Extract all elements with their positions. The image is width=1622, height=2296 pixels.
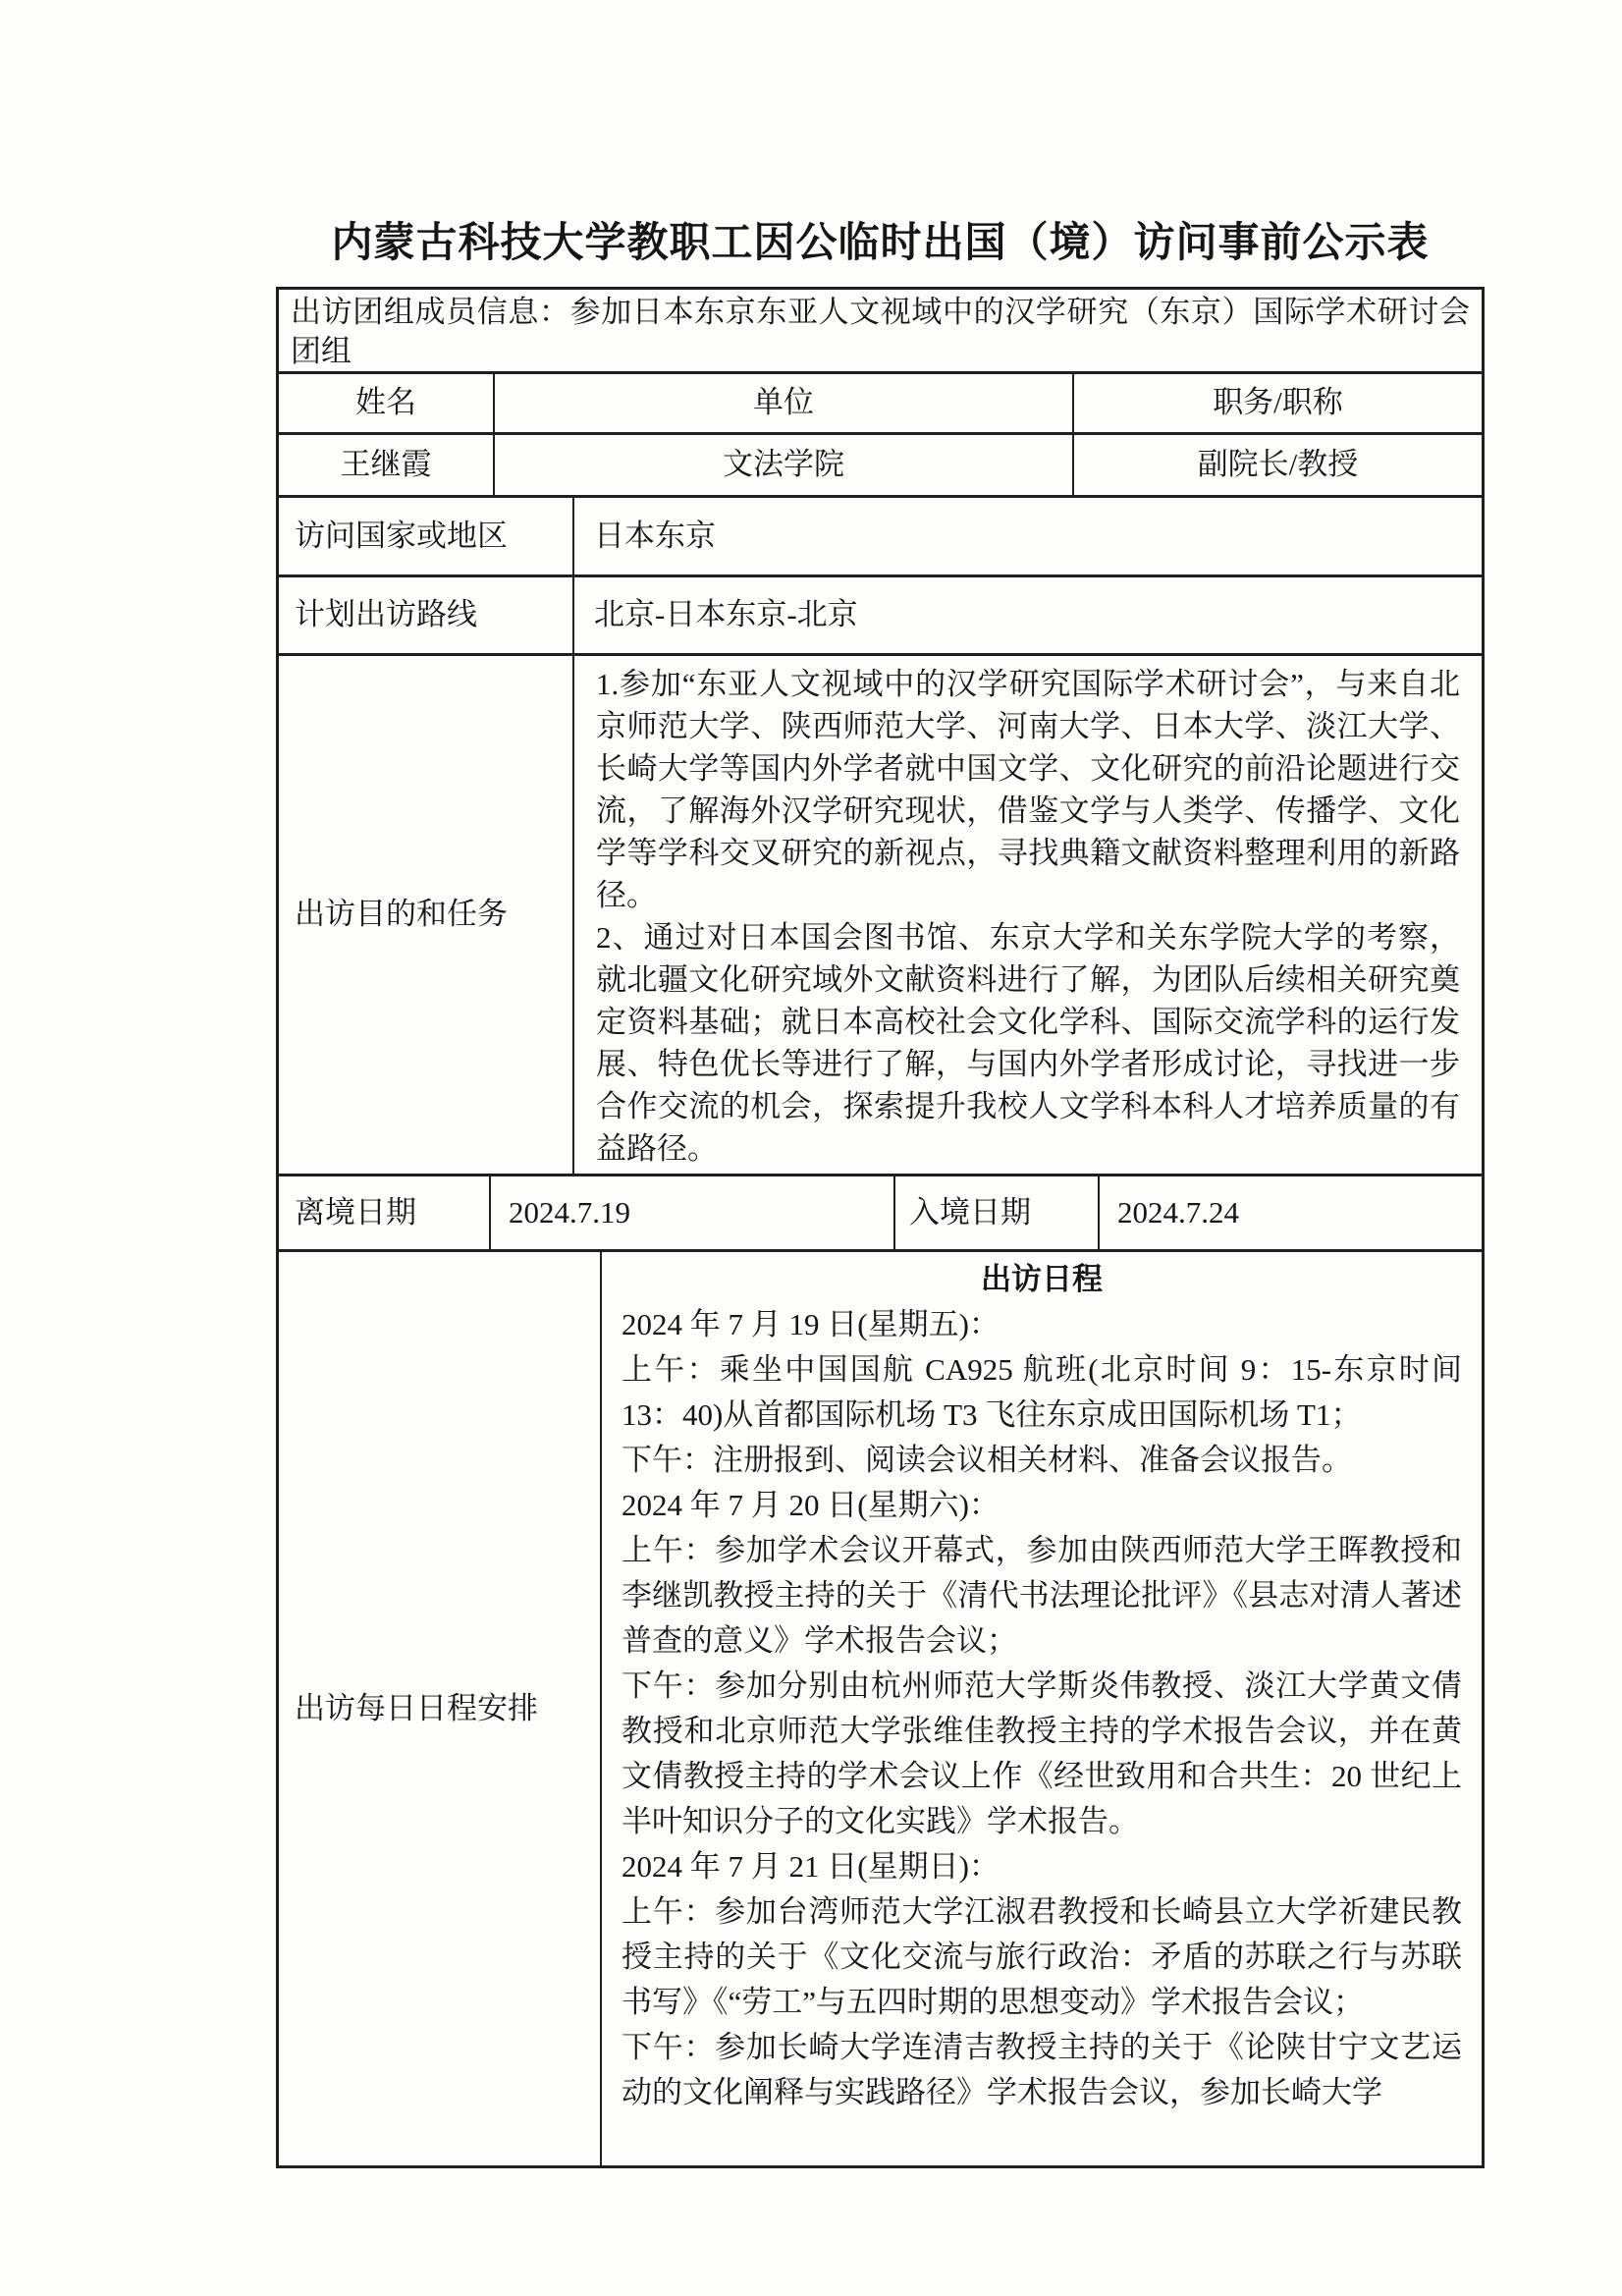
schedule-line: 上午：参加学术会议开幕式，参加由陕西师范大学王晖教授和李继凯教授主持的关于《清代…	[622, 1528, 1462, 1664]
header-title: 职务/职称	[1074, 374, 1482, 432]
schedule-line: 上午：乘坐中国国航 CA925 航班(北京时间 9：15-东京时间 13：40)…	[622, 1347, 1462, 1438]
return-date-value: 2024.7.24	[1100, 1176, 1482, 1249]
departure-date-value: 2024.7.19	[491, 1176, 895, 1249]
destination-row: 访问国家或地区 日本东京	[279, 498, 1482, 577]
return-date-label: 入境日期	[895, 1176, 1100, 1249]
route-row: 计划出访路线 北京-日本东京-北京	[279, 577, 1482, 656]
schedule-content: 出访日程 2024 年 7 月 19 日(星期五)： 上午：乘坐中国国航 CA9…	[602, 1252, 1482, 2165]
document-page: 内蒙古科技大学教职工因公临时出国（境）访问事前公示表 出访团组成员信息：参加日本…	[0, 0, 1622, 2296]
schedule-heading: 出访日程	[622, 1257, 1462, 1302]
header-unit: 单位	[495, 374, 1074, 432]
departure-date-label: 离境日期	[279, 1176, 491, 1249]
schedule-line: 2024 年 7 月 20 日(星期六)：	[622, 1483, 1462, 1528]
form-table: 出访团组成员信息：参加日本东京东亚人文视域中的汉学研究（东京）国际学术研讨会团组…	[276, 287, 1485, 2168]
dates-row: 离境日期 2024.7.19 入境日期 2024.7.24	[279, 1176, 1482, 1252]
page-title: 内蒙古科技大学教职工因公临时出国（境）访问事前公示表	[276, 210, 1485, 269]
destination-label: 访问国家或地区	[279, 498, 574, 574]
purpose-row: 出访目的和任务 1.参加“东亚人文视域中的汉学研究国际学术研讨会”，与来自北京师…	[279, 656, 1482, 1176]
schedule-row: 出访每日日程安排 出访日程 2024 年 7 月 19 日(星期五)： 上午：乘…	[279, 1252, 1482, 2165]
schedule-line: 下午：注册报到、阅读会议相关材料、准备会议报告。	[622, 1438, 1462, 1483]
header-name: 姓名	[279, 374, 495, 432]
member-name: 王继霞	[279, 435, 495, 495]
schedule-line: 下午：参加长崎大学连清吉教授主持的关于《论陕甘宁文艺运动的文化阐释与实践路径》学…	[622, 2025, 1462, 2115]
group-info-text: 出访团组成员信息：参加日本东京东亚人文视域中的汉学研究（东京）国际学术研讨会团组	[279, 290, 1482, 371]
schedule-label: 出访每日日程安排	[279, 1252, 602, 2165]
member-row: 王继霞 文法学院 副院长/教授	[279, 435, 1482, 498]
member-title: 副院长/教授	[1074, 435, 1482, 495]
member-header-row: 姓名 单位 职务/职称	[279, 374, 1482, 435]
schedule-line: 2024 年 7 月 21 日(星期日)：	[622, 1844, 1462, 1889]
group-info-row: 出访团组成员信息：参加日本东京东亚人文视域中的汉学研究（东京）国际学术研讨会团组	[279, 290, 1482, 374]
schedule-line: 下午：参加分别由杭州师范大学斯炎伟教授、淡江大学黄文倩教授和北京师范大学张维佳教…	[622, 1664, 1462, 1844]
schedule-line: 2024 年 7 月 19 日(星期五)：	[622, 1302, 1462, 1347]
route-label: 计划出访路线	[279, 577, 574, 653]
schedule-line: 上午：参加台湾师范大学江淑君教授和长崎县立大学祈建民教授主持的关于《文化交流与旅…	[622, 1889, 1462, 2025]
purpose-content: 1.参加“东亚人文视域中的汉学研究国际学术研讨会”，与来自北京师范大学、陕西师范…	[574, 656, 1482, 1174]
purpose-paragraph-1: 1.参加“东亚人文视域中的汉学研究国际学术研讨会”，与来自北京师范大学、陕西师范…	[596, 663, 1460, 916]
route-value: 北京-日本东京-北京	[574, 577, 1482, 653]
destination-value: 日本东京	[574, 498, 1482, 574]
purpose-paragraph-2: 2、通过对日本国会图书馆、东京大学和关东学院大学的考察，就北疆文化研究域外文献资…	[596, 916, 1460, 1170]
purpose-label: 出访目的和任务	[279, 656, 574, 1174]
member-unit: 文法学院	[495, 435, 1074, 495]
